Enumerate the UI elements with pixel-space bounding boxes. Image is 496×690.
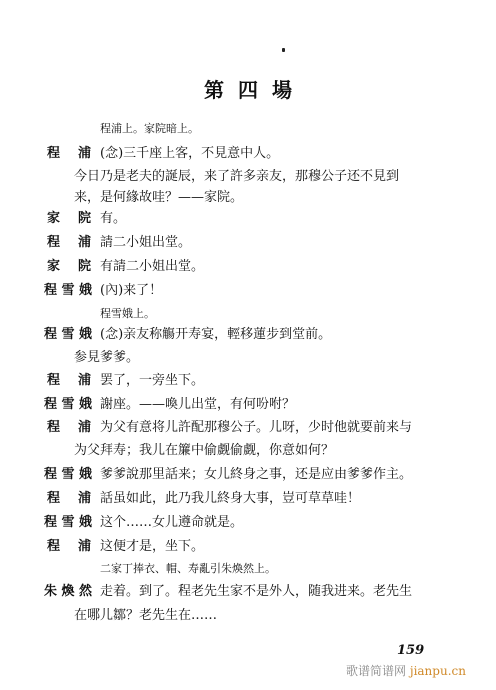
speech-text: (內)来了！ (100, 283, 162, 299)
speaker-name: 朱煥然 (44, 584, 92, 600)
speaker-name: 程浦 (47, 491, 91, 507)
speaker-name: 程浦 (47, 373, 91, 389)
speaker-char: 娥 (79, 283, 92, 299)
page-number: 159 (397, 643, 424, 658)
speech-text: 为父有意将儿許配那穆公子。儿呀，少时他就要前来与 (100, 420, 412, 436)
watermark: 歌谱简谱网 jianpu.cn (346, 662, 466, 679)
speaker-char: 程 (44, 283, 57, 299)
speech-text: 走着。到了。程老先生家不是外人，随我进来。老先生 (100, 584, 412, 600)
speaker-char: 程 (47, 235, 60, 251)
speech-text: 这个……女儿遵命就是。 (100, 515, 243, 531)
watermark-cn: 歌谱简谱网 (346, 664, 406, 678)
document-page: 第四場 程浦上。家院暗上。程浦(念)三千座上客，不見意中人。今日乃是老夫的誕辰，… (0, 0, 496, 690)
speech-text: (念)亲友称觴开寿宴，輕移蓮步到堂前。 (100, 327, 331, 343)
speaker-char: 浦 (78, 420, 91, 436)
speaker-char: 程 (47, 373, 60, 389)
speaker-char: 雪 (61, 327, 74, 343)
speech-text: 謝座。——喚儿出堂，有何吩咐？ (100, 397, 295, 413)
speaker-char: 浦 (78, 146, 91, 162)
speaker-char: 浦 (78, 235, 91, 251)
speaker-char: 雪 (61, 467, 74, 483)
continuation-text: 参見爹爹。 (74, 350, 139, 366)
speaker-char: 程 (44, 515, 57, 531)
speaker-char: 雪 (61, 397, 74, 413)
speaker-char: 程 (44, 467, 57, 483)
speaker-char: 然 (79, 584, 92, 600)
speaker-char: 朱 (44, 584, 57, 600)
speaker-char: 娥 (79, 515, 92, 531)
speaker-char: 雪 (61, 515, 74, 531)
speaker-char: 程 (47, 420, 60, 436)
speech-text: (念)三千座上客，不見意中人。 (100, 146, 279, 162)
speaker-char: 程 (47, 146, 60, 162)
speaker-name: 程雪娥 (44, 283, 92, 299)
speaker-char: 娥 (79, 397, 92, 413)
speech-text: 罢了，一旁坐下。 (100, 373, 204, 389)
continuation-text: 今日乃是老夫的誕辰，来了許多亲友，那穆公子还不見到 (74, 169, 399, 185)
speaker-char: 娥 (79, 327, 92, 343)
speaker-char: 家 (47, 259, 60, 275)
speech-text: 有。 (100, 211, 126, 227)
speaker-char: 院 (78, 211, 91, 227)
speech-text: 爹爹說那里話来；女儿終身之事，还是应由爹爹作主。 (100, 467, 412, 483)
stage-text: 二家丁捧衣、帽、寿亂引朱煥然上。 (100, 561, 276, 577)
speaker-char: 煥 (61, 584, 74, 600)
speaker-name: 家院 (47, 211, 91, 227)
speaker-char: 程 (47, 539, 60, 555)
speaker-name: 程浦 (47, 146, 91, 162)
speaker-char: 程 (44, 327, 57, 343)
scene-title: 第四場 (0, 74, 496, 103)
speaker-char: 浦 (78, 373, 91, 389)
speech-text: 有請二小姐出堂。 (100, 259, 204, 275)
ink-speck (282, 48, 285, 52)
speech-text: 这便才是，坐下。 (100, 539, 204, 555)
speaker-char: 娥 (79, 467, 92, 483)
stage-text: 程雪娥上。 (100, 306, 155, 322)
speaker-name: 程浦 (47, 235, 91, 251)
speech-text: 請二小姐出堂。 (100, 235, 191, 251)
speaker-char: 程 (44, 397, 57, 413)
speaker-char: 雪 (61, 283, 74, 299)
speech-text: 話虽如此，此乃我儿終身大事，豈可草草哇！ (100, 491, 360, 507)
speaker-name: 程雪娥 (44, 467, 92, 483)
speaker-name: 程雪娥 (44, 397, 92, 413)
speaker-name: 家院 (47, 259, 91, 275)
stage-text: 程浦上。家院暗上。 (100, 121, 199, 137)
speaker-name: 程浦 (47, 539, 91, 555)
speaker-char: 家 (47, 211, 60, 227)
speaker-name: 程雪娥 (44, 515, 92, 531)
speaker-char: 浦 (78, 539, 91, 555)
speaker-name: 程浦 (47, 420, 91, 436)
speaker-char: 院 (78, 259, 91, 275)
continuation-text: 为父拜寿；我儿在簾中偷觑偷觑，你意如何？ (74, 443, 334, 459)
speaker-char: 浦 (78, 491, 91, 507)
continuation-text: 在哪儿鄒？老先生在…… (74, 608, 217, 624)
continuation-text: 来，是何緣故哇？——家院。 (74, 190, 243, 206)
speaker-char: 程 (47, 491, 60, 507)
watermark-en: jianpu.cn (410, 664, 466, 678)
speaker-name: 程雪娥 (44, 327, 92, 343)
